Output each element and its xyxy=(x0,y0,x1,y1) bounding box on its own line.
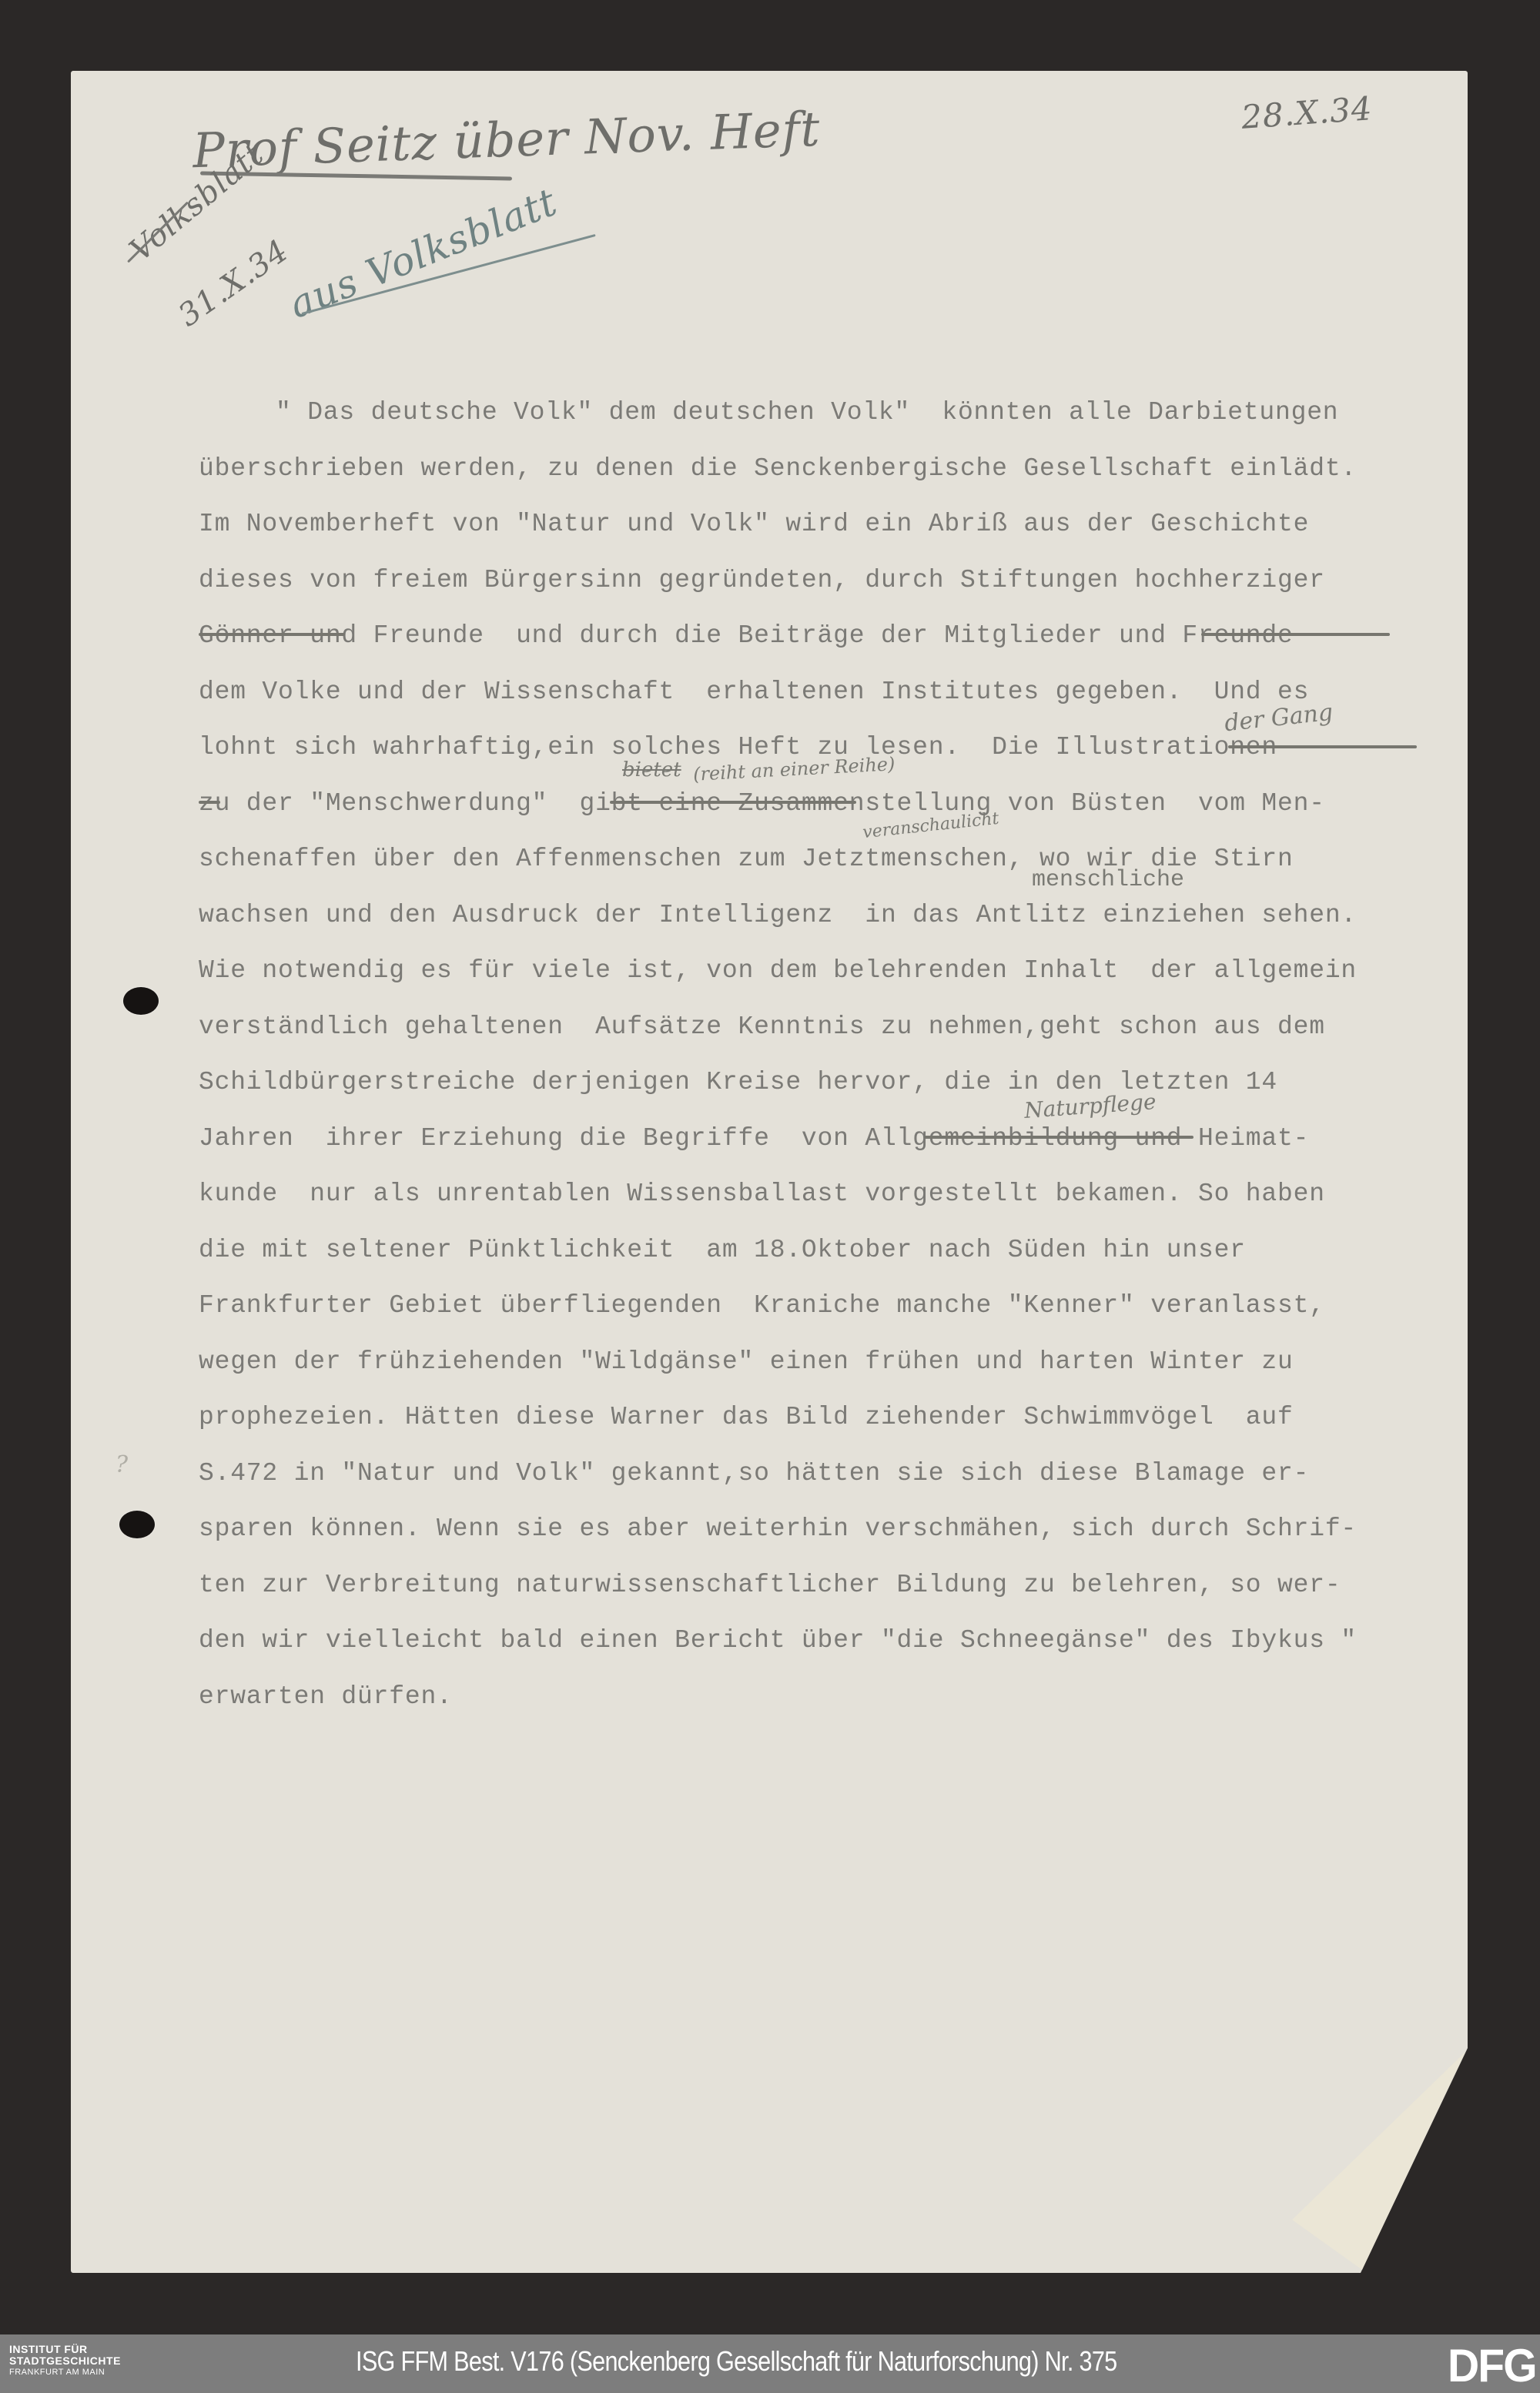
strikethrough xyxy=(199,801,220,804)
institution-line-1: INSTITUT FÜR xyxy=(9,2344,121,2355)
text-line: erwarten dürfen. xyxy=(199,1669,1461,1725)
institution-line-2: STADTGESCHICHTE xyxy=(9,2355,121,2367)
text-line: dieses von freiem Bürgersinn gegründeten… xyxy=(199,553,1461,609)
text-line: Wie notwendig es für viele ist, von dem … xyxy=(199,943,1461,999)
text-line: ten zur Verbreitung naturwissenschaftlic… xyxy=(199,1558,1461,1614)
text-line: die mit seltener Pünktlichkeit am 18.Okt… xyxy=(199,1223,1461,1279)
strikethrough xyxy=(199,633,345,636)
text-line: Gönner und Freunde und durch die Beiträg… xyxy=(199,608,1461,664)
typewritten-body: " Das deutsche Volk" dem deutschen Volk"… xyxy=(199,385,1461,1725)
text-line: den wir vielleicht bald einen Bericht üb… xyxy=(199,1613,1461,1669)
text-line: wegen der frühziehenden "Wildgänse" eine… xyxy=(199,1334,1461,1391)
annotation-menschliche: menschliche xyxy=(1032,867,1184,893)
text-line: wachsen und den Ausdruck der Intelligenz… xyxy=(199,888,1461,944)
margin-mark: ? xyxy=(115,1451,128,1478)
strikethrough xyxy=(924,1136,1193,1139)
archive-footer-bar: INSTITUT FÜR STADTGESCHICHTE FRANKFURT A… xyxy=(0,2334,1540,2393)
institution-line-3: FRANKFURT AM MAIN xyxy=(9,2367,121,2378)
text-line: S.472 in "Natur und Volk" gekannt,so hät… xyxy=(199,1446,1461,1502)
text-line: sparen können. Wenn sie es aber weiterhi… xyxy=(199,1501,1461,1558)
strikethrough xyxy=(610,801,856,804)
text-line: kunde nur als unrentablen Wissensballast… xyxy=(199,1166,1461,1223)
text-line: Schildbürgerstreiche derjenigen Kreise h… xyxy=(199,1055,1461,1111)
text-line: Jahren ihrer Erziehung die Begriffe von … xyxy=(199,1111,1461,1167)
archive-caption: ISG FFM Best. V176 (Senckenberg Gesellsc… xyxy=(356,2345,1117,2378)
text-line: Frankfurter Gebiet überfliegenden Kranic… xyxy=(199,1278,1461,1334)
punch-hole-icon xyxy=(123,987,159,1015)
text-line: prophezeien. Hätten diese Warner das Bil… xyxy=(199,1390,1461,1446)
institution-logo: INSTITUT FÜR STADTGESCHICHTE FRANKFURT A… xyxy=(9,2344,121,2378)
strikethrough xyxy=(1228,745,1417,748)
text-line: überschrieben werden, zu denen die Senck… xyxy=(199,441,1461,497)
dfg-logo-icon: DFG xyxy=(1448,2339,1536,2392)
text-line: Im Novemberheft von "Natur und Volk" wir… xyxy=(199,497,1461,553)
text-line: verständlich gehaltenen Aufsätze Kenntni… xyxy=(199,999,1461,1056)
punch-hole-icon xyxy=(119,1511,155,1538)
text-line: " Das deutsche Volk" dem deutschen Volk"… xyxy=(199,385,1461,441)
strikethrough xyxy=(1201,633,1390,636)
annotation-crossed-bietet: bietet xyxy=(622,758,681,781)
text-line: schenaffen über den Affenmenschen zum Je… xyxy=(199,832,1461,888)
